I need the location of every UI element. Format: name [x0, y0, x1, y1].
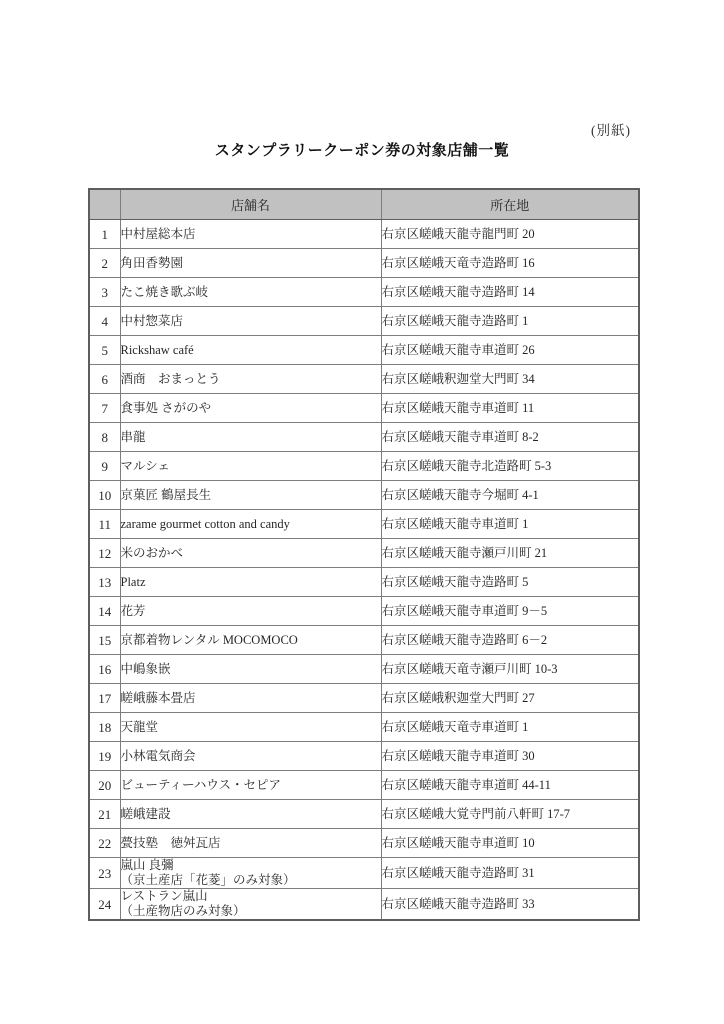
table-row: 10 京菓匠 鶴屋長生 右京区嵯峨天龍寺今堀町 4-1 — [89, 481, 639, 510]
shop-name: 酒商 おまっとう — [121, 372, 221, 386]
shop-name: 天龍堂 — [121, 720, 159, 734]
shop-name: 花芳 — [121, 604, 146, 618]
table-row: 1 中村屋総本店 右京区嵯峨天龍寺龍門町 20 — [89, 220, 639, 249]
row-number: 5 — [89, 336, 120, 365]
shop-name-cell: 米のおかべ — [120, 539, 381, 568]
shop-name-cell: Rickshaw café — [120, 336, 381, 365]
shop-address: 右京区嵯峨天龍寺車道町 8-2 — [381, 423, 639, 452]
row-number: 18 — [89, 713, 120, 742]
row-number: 12 — [89, 539, 120, 568]
shop-name-cell: 天龍堂 — [120, 713, 381, 742]
shop-name: 中村惣菜店 — [121, 314, 184, 328]
shop-name-cell: 甍技塾 徳舛瓦店 — [120, 829, 381, 858]
shop-name-cell: ビューティーハウス・セピア — [120, 771, 381, 800]
shop-address: 右京区嵯峨釈迦堂大門町 27 — [381, 684, 639, 713]
shop-address: 右京区嵯峨天龍寺車道町 9－5 — [381, 597, 639, 626]
table-row: 8 串龍 右京区嵯峨天龍寺車道町 8-2 — [89, 423, 639, 452]
header-address: 所在地 — [381, 189, 639, 220]
row-number: 13 — [89, 568, 120, 597]
table-row: 14 花芳 右京区嵯峨天龍寺車道町 9－5 — [89, 597, 639, 626]
shop-name-cell: 角田香勢園 — [120, 249, 381, 278]
table-row: 9 マルシェ 右京区嵯峨天龍寺北造路町 5-3 — [89, 452, 639, 481]
shop-name-cell: レストラン嵐山（土産物店のみ対象） — [120, 889, 381, 921]
row-number: 6 — [89, 365, 120, 394]
table-row: 22 甍技塾 徳舛瓦店 右京区嵯峨天龍寺車道町 10 — [89, 829, 639, 858]
row-number: 7 — [89, 394, 120, 423]
shop-address: 右京区嵯峨天龍寺車道町 11 — [381, 394, 639, 423]
row-number: 8 — [89, 423, 120, 452]
row-number: 16 — [89, 655, 120, 684]
shop-name: 甍技塾 徳舛瓦店 — [121, 836, 221, 850]
table-row: 19 小林電気商会 右京区嵯峨天龍寺車道町 30 — [89, 742, 639, 771]
row-number: 10 — [89, 481, 120, 510]
row-number: 1 — [89, 220, 120, 249]
shop-address: 右京区嵯峨釈迦堂大門町 34 — [381, 365, 639, 394]
table-row: 16 中嶋象嵌 右京区嵯峨天竜寺瀬戸川町 10-3 — [89, 655, 639, 684]
shop-address: 右京区嵯峨天龍寺造路町 31 — [381, 858, 639, 889]
header-shop-name: 店舗名 — [120, 189, 381, 220]
shop-name-cell: 嵐山 良彌（京土産店「花菱」のみ対象） — [120, 858, 381, 889]
shop-name: 嵯峨藤本畳店 — [121, 691, 196, 705]
shop-address: 右京区嵯峨天龍寺瀬戸川町 21 — [381, 539, 639, 568]
shop-address: 右京区嵯峨天龍寺車道町 10 — [381, 829, 639, 858]
shop-name-cell: 中村屋総本店 — [120, 220, 381, 249]
shop-address: 右京区嵯峨天竜寺車道町 1 — [381, 713, 639, 742]
shop-name: 小林電気商会 — [121, 749, 196, 763]
shop-address: 右京区嵯峨天竜寺造路町 16 — [381, 249, 639, 278]
row-number: 24 — [89, 889, 120, 921]
table-row: 15 京都着物レンタル MOCOMOCO 右京区嵯峨天龍寺造路町 6－2 — [89, 626, 639, 655]
shop-address: 右京区嵯峨天龍寺造路町 6－2 — [381, 626, 639, 655]
attachment-note: (別紙) — [591, 119, 631, 139]
page-title: スタンプラリークーポン券の対象店舗一覧 — [0, 139, 724, 160]
shop-name: zarame gourmet cotton and candy — [121, 517, 290, 531]
shop-name: 嵯峨建設 — [121, 807, 171, 821]
table-row: 13 Platz 右京区嵯峨天龍寺造路町 5 — [89, 568, 639, 597]
shop-address: 右京区嵯峨天龍寺造路町 33 — [381, 889, 639, 921]
table-row: 23 嵐山 良彌（京土産店「花菱」のみ対象） 右京区嵯峨天龍寺造路町 31 — [89, 858, 639, 889]
shop-address: 右京区嵯峨天龍寺車道町 30 — [381, 742, 639, 771]
row-number: 15 — [89, 626, 120, 655]
document-page: (別紙) スタンプラリークーポン券の対象店舗一覧 店舗名 所在地 1 中村屋総本… — [0, 0, 724, 1024]
table-row: 3 たこ焼き歌ぶ岐 右京区嵯峨天龍寺造路町 14 — [89, 278, 639, 307]
table-row: 11 zarame gourmet cotton and candy 右京区嵯峨… — [89, 510, 639, 539]
shop-name: 京菓匠 鶴屋長生 — [121, 488, 212, 502]
shop-name: 食事処 さがのや — [121, 401, 212, 415]
shop-address: 右京区嵯峨天龍寺造路町 5 — [381, 568, 639, 597]
shop-name: たこ焼き歌ぶ岐 — [121, 285, 209, 299]
shop-name-note: （京土産店「花菱」のみ対象） — [121, 873, 381, 888]
shop-name-cell: 小林電気商会 — [120, 742, 381, 771]
table-row: 6 酒商 おまっとう 右京区嵯峨釈迦堂大門町 34 — [89, 365, 639, 394]
table-row: 21 嵯峨建設 右京区嵯峨大覚寺門前八軒町 17-7 — [89, 800, 639, 829]
table-row: 4 中村惣菜店 右京区嵯峨天龍寺造路町 1 — [89, 307, 639, 336]
shop-name: Platz — [121, 575, 146, 589]
shop-name-cell: 京都着物レンタル MOCOMOCO — [120, 626, 381, 655]
shop-address: 右京区嵯峨天龍寺今堀町 4-1 — [381, 481, 639, 510]
shop-name-cell: 中村惣菜店 — [120, 307, 381, 336]
row-number: 3 — [89, 278, 120, 307]
row-number: 4 — [89, 307, 120, 336]
shop-address: 右京区嵯峨天龍寺龍門町 20 — [381, 220, 639, 249]
shop-address: 右京区嵯峨天龍寺車道町 1 — [381, 510, 639, 539]
shop-address: 右京区嵯峨天竜寺瀬戸川町 10-3 — [381, 655, 639, 684]
shop-name: 京都着物レンタル MOCOMOCO — [121, 633, 298, 647]
shop-name-cell: マルシェ — [120, 452, 381, 481]
row-number: 19 — [89, 742, 120, 771]
shop-address: 右京区嵯峨天龍寺車道町 26 — [381, 336, 639, 365]
shop-name: Rickshaw café — [121, 343, 194, 357]
shop-name-cell: Platz — [120, 568, 381, 597]
table-header-row: 店舗名 所在地 — [89, 189, 639, 220]
shop-address: 右京区嵯峨天龍寺造路町 14 — [381, 278, 639, 307]
table-row: 18 天龍堂 右京区嵯峨天竜寺車道町 1 — [89, 713, 639, 742]
row-number: 21 — [89, 800, 120, 829]
shop-name: 角田香勢園 — [121, 256, 184, 270]
shop-name-cell: 京菓匠 鶴屋長生 — [120, 481, 381, 510]
shop-name-cell: 食事処 さがのや — [120, 394, 381, 423]
shop-name: ビューティーハウス・セピア — [121, 778, 282, 792]
table-row: 17 嵯峨藤本畳店 右京区嵯峨釈迦堂大門町 27 — [89, 684, 639, 713]
shop-name-cell: 串龍 — [120, 423, 381, 452]
shop-name: 串龍 — [121, 430, 146, 444]
shop-name-cell: 酒商 おまっとう — [120, 365, 381, 394]
shop-name: 中村屋総本店 — [121, 227, 196, 241]
shop-name-cell: zarame gourmet cotton and candy — [120, 510, 381, 539]
shop-name: マルシェ — [121, 459, 170, 473]
table-row: 12 米のおかべ 右京区嵯峨天龍寺瀬戸川町 21 — [89, 539, 639, 568]
row-number: 9 — [89, 452, 120, 481]
row-number: 20 — [89, 771, 120, 800]
header-index — [89, 189, 120, 220]
shop-address: 右京区嵯峨大覚寺門前八軒町 17-7 — [381, 800, 639, 829]
row-number: 23 — [89, 858, 120, 889]
shop-address: 右京区嵯峨天龍寺北造路町 5-3 — [381, 452, 639, 481]
table-row: 20 ビューティーハウス・セピア 右京区嵯峨天龍寺車道町 44-11 — [89, 771, 639, 800]
row-number: 14 — [89, 597, 120, 626]
shop-name: 中嶋象嵌 — [121, 662, 171, 676]
shop-name: 米のおかべ — [121, 546, 184, 560]
shop-list-table: 店舗名 所在地 1 中村屋総本店 右京区嵯峨天龍寺龍門町 20 2 角田香勢園 … — [88, 188, 640, 921]
shop-address: 右京区嵯峨天龍寺造路町 1 — [381, 307, 639, 336]
shop-name-cell: 嵯峨建設 — [120, 800, 381, 829]
row-number: 2 — [89, 249, 120, 278]
row-number: 22 — [89, 829, 120, 858]
table-row: 5 Rickshaw café 右京区嵯峨天龍寺車道町 26 — [89, 336, 639, 365]
shop-name: 嵐山 良彌 — [121, 858, 174, 872]
table-row: 24 レストラン嵐山（土産物店のみ対象） 右京区嵯峨天龍寺造路町 33 — [89, 889, 639, 921]
row-number: 11 — [89, 510, 120, 539]
shop-name-cell: 中嶋象嵌 — [120, 655, 381, 684]
shop-name: レストラン嵐山 — [121, 889, 208, 903]
shop-name-note: （土産物店のみ対象） — [121, 904, 381, 919]
table-row: 7 食事処 さがのや 右京区嵯峨天龍寺車道町 11 — [89, 394, 639, 423]
shop-name-cell: 嵯峨藤本畳店 — [120, 684, 381, 713]
table-row: 2 角田香勢園 右京区嵯峨天竜寺造路町 16 — [89, 249, 639, 278]
shop-name-cell: 花芳 — [120, 597, 381, 626]
row-number: 17 — [89, 684, 120, 713]
shop-name-cell: たこ焼き歌ぶ岐 — [120, 278, 381, 307]
shop-address: 右京区嵯峨天龍寺車道町 44-11 — [381, 771, 639, 800]
